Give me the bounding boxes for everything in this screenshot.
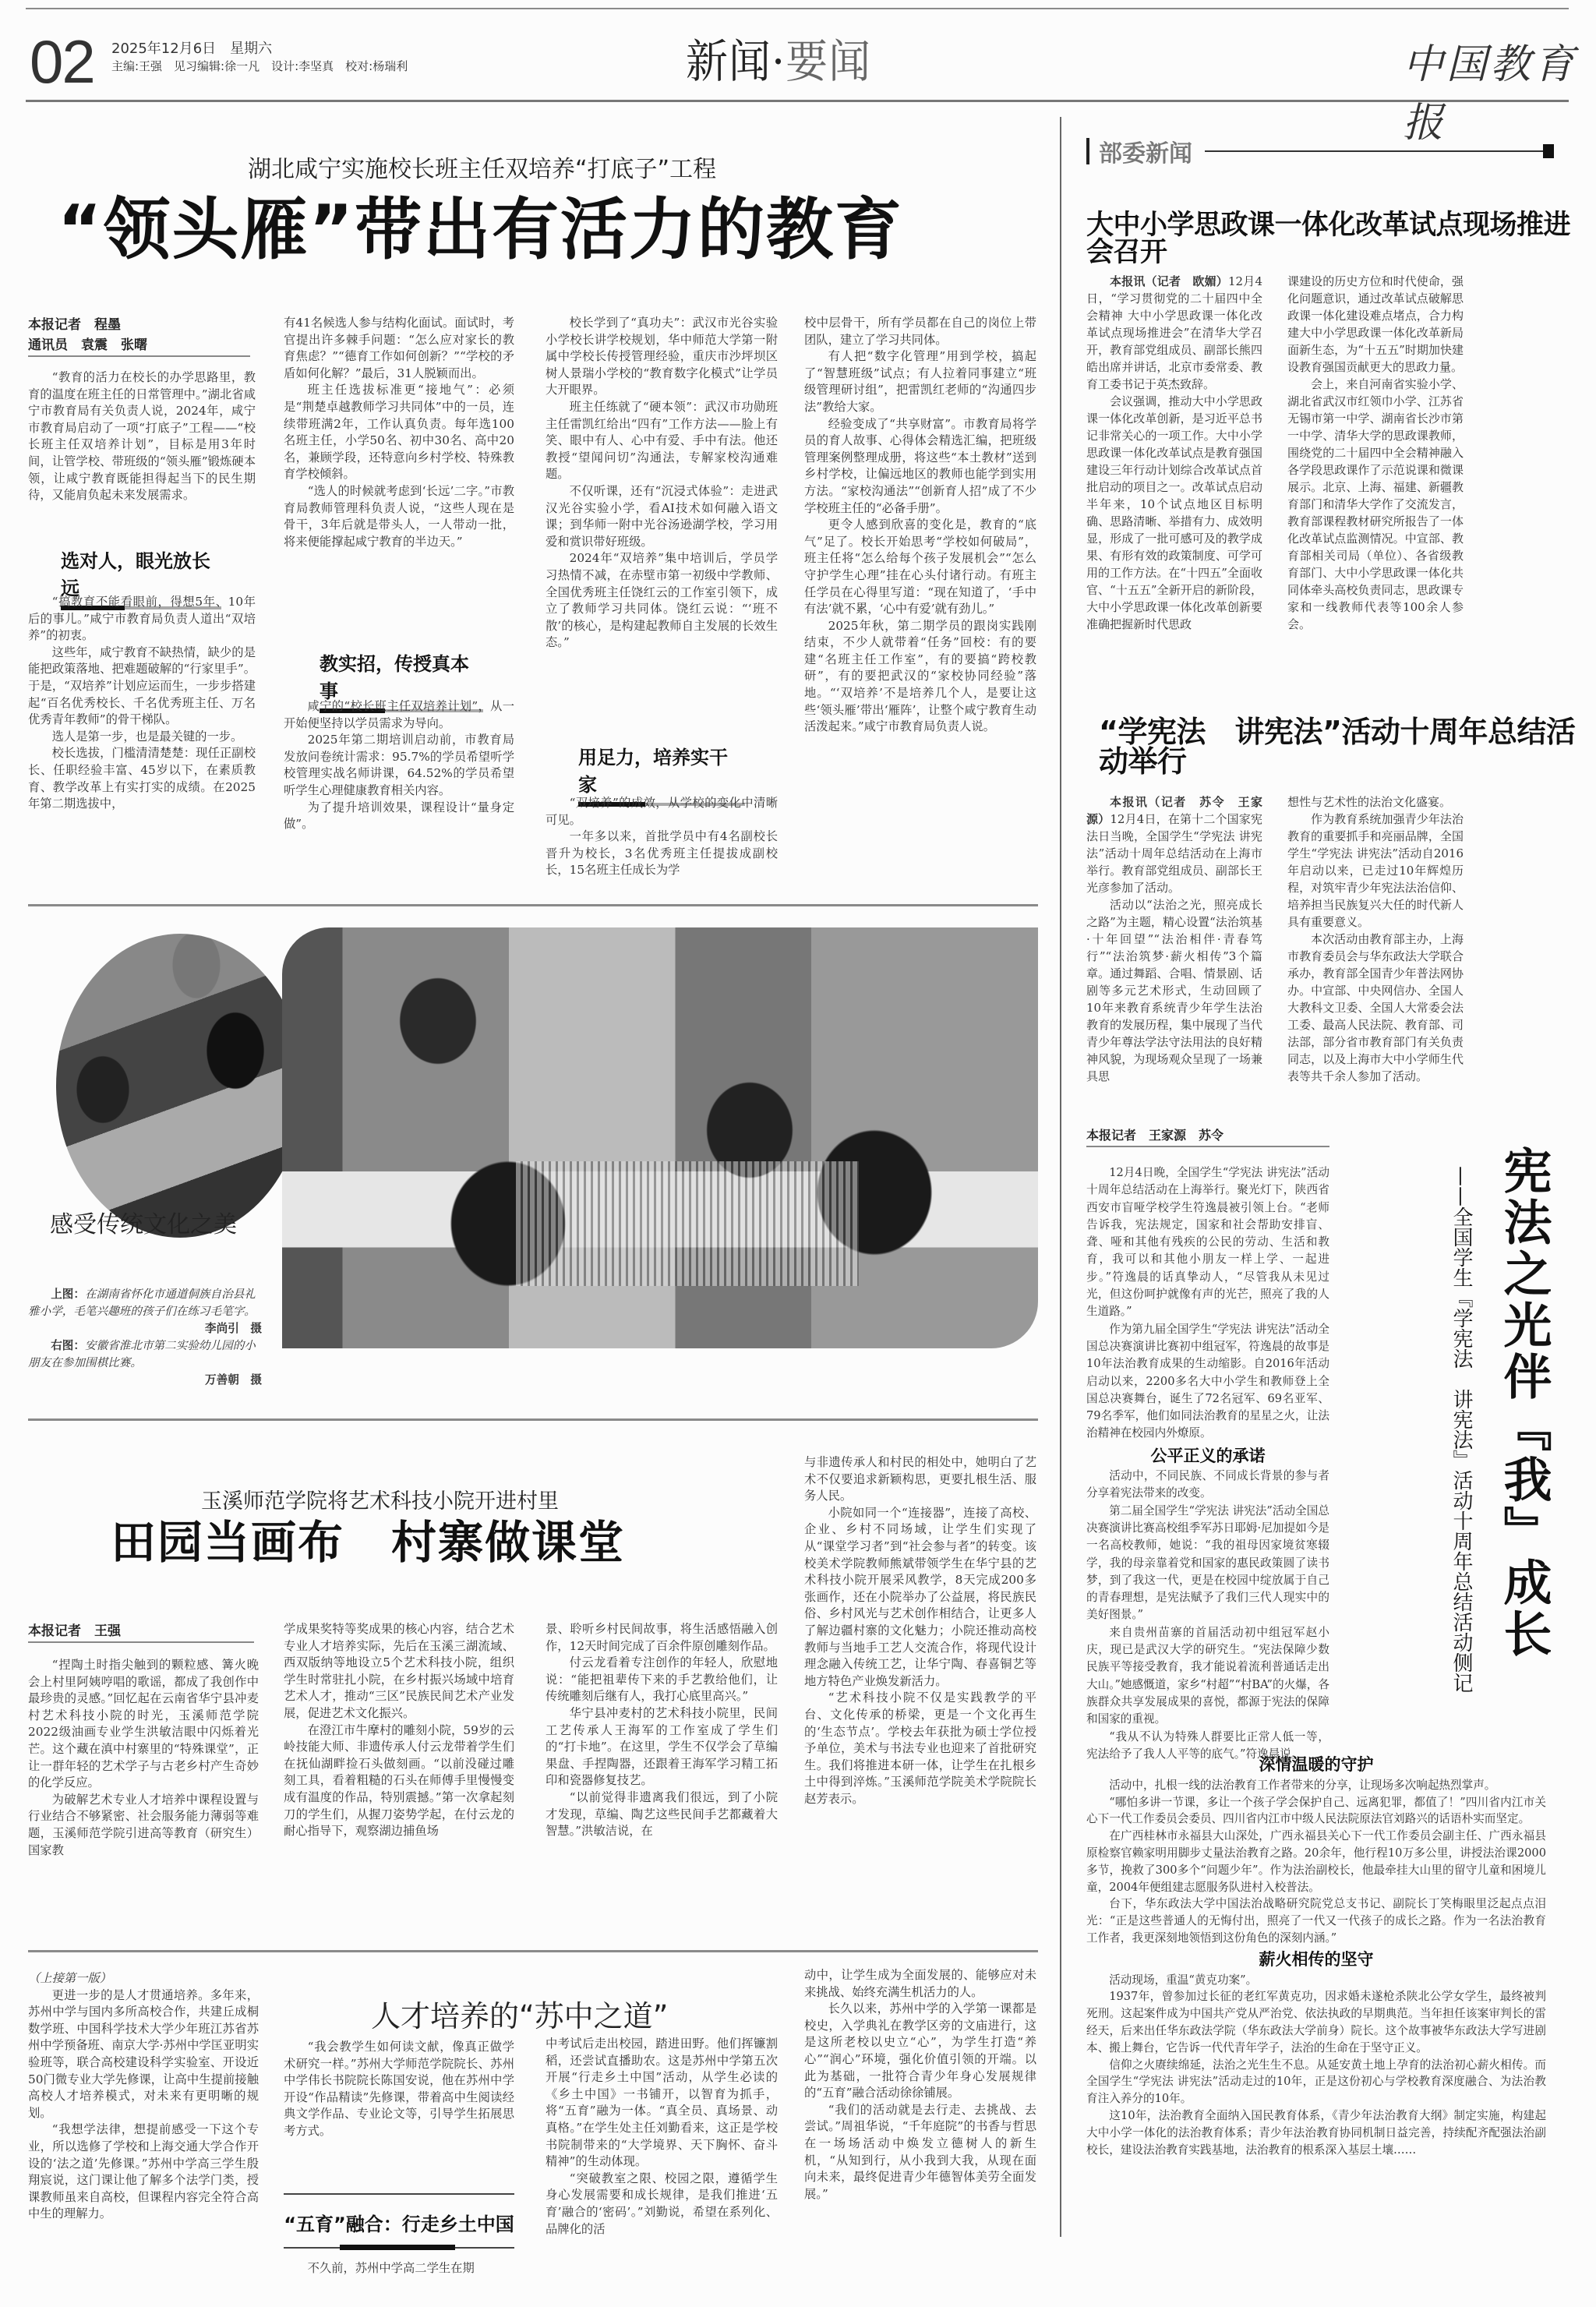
continued-note: （上接第一版） <box>28 1970 259 1987</box>
lead-paragraph: 有人把“数字化管理”用到学校，搞起了“智慧班级”试点；有人拉着同事建立“班级管理… <box>804 348 1036 415</box>
section-title-left: 新闻 <box>686 35 772 88</box>
suzhou-paragraph: 不久前，苏州中学高二学生在期 <box>284 2260 514 2277</box>
rail-article3-vertical-subtitle: ——全国学生『学宪法 讲宪法』活动十周年总结活动侧记 <box>1451 1166 1471 1693</box>
rural-paragraph: 为破解艺术专业人才培养中课程设置与行业结合不够紧密、社会服务能力薄弱等难题，玉溪… <box>28 1792 259 1859</box>
suzhou-paragraph: “我们的活动就是去行走、去挑战、去尝试。”周祖华说，“千年庭院”的书香与哲思在一… <box>804 2102 1036 2203</box>
lead-paragraph: 不仅听课，还有“沉浸式体验”：走进武汉光谷实验小学，看AI技术如何融入语文课；到… <box>546 483 778 550</box>
rural-paragraph: “捏陶土时指尖触到的颗粒感、篝火晚会上村里阿姨哼唱的歌谣，都成了我创作中最珍贵的… <box>28 1657 259 1792</box>
column-divider <box>1060 117 1061 2237</box>
lead-paragraph: 校长选拔，门槛清清楚楚：现任正副校长、任职经验丰富、45岁以下，在素质教育、教学… <box>28 745 256 812</box>
rail-line <box>1205 150 1543 152</box>
lead-col4: 校中层骨干，所有学员都在自己的岗位上带团队，建立了学习共同体。 有人把“数字化管… <box>804 315 1036 736</box>
suzhou-headline: 人才培养的“苏中之道” <box>371 1992 668 2035</box>
rail-paragraph: 12月4日，“学习贯彻党的二十届四中全会精神 大中小学思政课一体化改革试点现场推… <box>1086 274 1262 391</box>
section-title-right: 要闻 <box>786 35 871 88</box>
rail-article1-col1: 本报讯（记者 欧媚）12月4日，“学习贯彻党的二十届四中全会精神 大中小学思政课… <box>1086 273 1262 633</box>
masthead-rule <box>26 100 1569 102</box>
rural-paragraph: 华宁县冲麦村的艺术科技小院里，民间工艺传承人王海军的工作室成了学生们的“打卡地”… <box>546 1705 778 1789</box>
rail-accent-bar <box>1086 138 1089 164</box>
caption-top-credit: 李尚引 摄 <box>182 1320 262 1337</box>
rural-paragraph: 景、聆听乡村民间故事，将生活感悟融入创作，12天时间完成了百余件原创雕刻作品。 <box>546 1621 778 1655</box>
rail-section-header: 部委新闻 <box>1086 136 1554 167</box>
rail-paragraph: 会议强调，推动大中小学思政课一体化改革创新，是习近平总书记非常关心的一项工作。大… <box>1086 393 1262 633</box>
rail-paragraph: 活动以“法治之光，照亮成长之路”为主题，精心设置“法治筑基·十年回望”“法治相伴… <box>1086 896 1262 1085</box>
suzhou-col4: 动中，让学生成为全面发展的、能够应对未来挑战、始终充满生机活力的人。 长久以来，… <box>804 1967 1036 2203</box>
rail-paragraph: 活动中，不同民族、不同成长背景的参与者分享着宪法带来的改变。 <box>1086 1468 1329 1503</box>
rail-article1-lead: 本报讯（记者 欧媚） <box>1110 274 1228 288</box>
caption-right-credit: 万善朝 摄 <box>205 1373 262 1387</box>
suzhou-col3: 中考试后走出校园，踏进田野。他们挥镰割稻，还尝试直播助农。这是苏州中学第五次开展… <box>546 2036 778 2238</box>
lead-paragraph: 一年多以来，首批学员中有4名副校长晋升为校长，3名优秀班主任提拔成副校长，15名… <box>546 828 778 879</box>
lead-paragraph: “搞教育不能看眼前，得想5年、10年后的事儿。”咸宁市教育局负责人道出“双培养”… <box>28 594 256 645</box>
suzhou-paragraph: 动中，让学生成为全面发展的、能够应对未来挑战、始终充满生机活力的人。 <box>804 1967 1036 2001</box>
rural-headline: 田园当画布 村寨做课堂 <box>111 1520 625 1565</box>
lead-paragraph: 更令人感到欣喜的变化是，教育的“底气”足了。校长开始思考“学校如何破局”，班主任… <box>804 517 1036 618</box>
issue-date: 2025年12月6日 星期六 <box>111 37 272 58</box>
rail-paragraph: 课建设的历史方位和时代使命，强化问题意识，通过改革试点破解思政课一体化建设难点堵… <box>1287 273 1464 376</box>
rural-col2: 学成果奖特等奖成果的核心内容，结合艺术专业人才培养实际，先后在玉溪三湖流域、西双… <box>284 1621 514 1840</box>
suzhou-paragraph: 长久以来，苏州中学的入学第一课都是校史，入学典礼在教学区旁的文庙进行，这是这所老… <box>804 2001 1036 2102</box>
photo-caption: 上图：在湖南省怀化市通道侗族自治县礼雅小学，毛笔兴趣班的孩子们在练习毛笔字。 李… <box>28 1286 262 1389</box>
lead-byline-line2: 通讯员 袁震 张曙 <box>28 335 250 357</box>
rail-article3-subhead-2: 深情温暖的守护 <box>1086 1757 1546 1774</box>
section-title-dot: · <box>772 35 786 88</box>
rail-paragraph: 12月4日，在第十二个国家宪法日当晚，全国学生“学宪法 讲宪法”活动十周年总结活… <box>1086 812 1262 895</box>
page-number: 02 <box>30 31 94 92</box>
rail-article3-vertical-title: 宪法之光伴『我』成长 <box>1499 1146 1548 1660</box>
rail-article3-intro: 12月4日晚，全国学生“学宪法 讲宪法”活动十周年总结活动在上海举行。聚光灯下，… <box>1086 1164 1329 1763</box>
rail-paragraph: 台下，华东政法大学中国法治战略研究院党总支书记、副院长丁笑梅眼里泛起点点泪光：“… <box>1086 1895 1546 1946</box>
rural-col4: 与非遗传承人和村民的相处中，她明白了艺术不仅要追求新颖构思，更要扎根生活、服务人… <box>804 1454 1036 1807</box>
lead-byline-line1: 本报记者 程墨 <box>28 315 250 335</box>
rural-paragraph: “以前觉得非遗离我们很远，到了小院才发现，草编、陶艺这些民间手艺都藏着大智慧。”… <box>546 1789 778 1840</box>
caption-right-label: 右图： <box>51 1339 85 1352</box>
rural-paragraph: 在澄江市牛摩村的雕刻小院，59岁的云岭技能大师、非遗传承人付云龙带着学生们在抚仙… <box>284 1722 514 1840</box>
lead-paragraph: “选人的时候就考虑到‘长远’二字。”市教育局教师管理科负责人说，“这些人现在是骨… <box>284 483 514 550</box>
lead-kicker: 湖北咸宁实施校长班主任双培养“打底子”工程 <box>248 150 716 184</box>
lead-paragraph: 经验变成了“共享财富”。市教育局将学员的育人故事、心得体会精选汇编，把班级管理案… <box>804 416 1036 518</box>
lead-paragraph: 咸宁的“校长班主任双培养计划”，从一开始便坚持以学员需求为导向。 <box>284 698 514 732</box>
rail-article2-headline: “学宪法 讲宪法”活动十周年总结活动举行 <box>1099 717 1596 776</box>
rural-paragraph: 与非遗传承人和村民的相处中，她明白了艺术不仅要追求新颖构思，更要扎根生活、服务人… <box>804 1454 1036 1505</box>
rural-paragraph: “艺术科技小院不仅是实践教学的平台、文化传承的桥梁，更是一个文化再生的‘生态节点… <box>804 1690 1036 1807</box>
top-rule <box>26 8 1569 9</box>
rail-paragraph: 本次活动由教育部主办，上海市教育委员会与华东政法大学联合承办，教育部全国青少年普… <box>1287 931 1464 1085</box>
lead-paragraph: 2025年第二期培训启动前，市教育局发放问卷统计需求：95.7%的学员希望听学校… <box>284 732 514 799</box>
rail-paragraph: “哪怕多讲一节课，多让一个孩子学会保护自己、远离犯罪，都值了！”四川省内江市关心… <box>1086 1794 1546 1828</box>
lead-paragraph: 这些年，咸宁教育不缺热情，缺少的是能把政策落地、把难题破解的“行家里手”。于是，… <box>28 645 256 729</box>
section-rule <box>28 904 1038 906</box>
rural-col3: 景、聆听乡村民间故事，将生活感悟融入创作，12天时间完成了百余件原创雕刻作品。 … <box>546 1621 778 1840</box>
suzhou-paragraph: “突破教室之限、校园之限，遵循学生身心发展需要和成长规律，是我们推进‘五育’融合… <box>546 2171 778 2238</box>
lead-subhead-2-text: 教实招，传授真本事 <box>320 648 483 703</box>
rural-byline-text: 本报记者 王强 <box>28 1621 254 1643</box>
rail-paragraph: 活动中，扎根一线的法治教育工作者带来的分享，让现场多次响起热烈掌声。 <box>1086 1777 1546 1794</box>
rail-paragraph: 活动现场，重温“黄克功案”。 <box>1086 1972 1546 1989</box>
rail-paragraph: 作为教育系统加强青少年法治教育的重要抓手和亮丽品牌，全国学生“学宪法 讲宪法”活… <box>1287 811 1464 931</box>
rail-article3-body: 深情温暖的守护 活动中，扎根一线的法治教育工作者带来的分享，让现场多次响起热烈掌… <box>1086 1757 1546 2158</box>
rail-paragraph: 在广西桂林市永福县大山深处，广西永福县关心下一代工作委员会副主任、广西永福县原检… <box>1086 1828 1546 1895</box>
lead-paragraph: 选人是第一步，也是最关键的一步。 <box>28 729 256 746</box>
lead-paragraph: 校长学到了“真功夫”：武汉市光谷实验小学校长讲学校规划，华中师范大学第一附属中学… <box>546 315 778 399</box>
rail-paragraph: 1937年，曾参加过长征的老红军黄克功，因求婚未遂枪杀陕北公学女学生，最终被判死… <box>1086 1988 1546 2056</box>
rural-kicker: 玉溪师范学院将艺术科技小院开进村里 <box>201 1484 559 1514</box>
lead-paragraph: 班主任选拔标准更“接地气”：必须是“荆楚卓越教师学习共同体”中的一员，连续带班满… <box>284 382 514 483</box>
suzhou-col1: （上接第一版） 更进一步的是人才贯通培养。多年来，苏州中学与国内多所高校合作，共… <box>28 1970 259 2223</box>
suzhou-subhead-text: “五育”融合：行走乡土中国 <box>284 2193 514 2236</box>
rail-article3-byline-text: 本报记者 王家源 苏令 <box>1086 1125 1329 1147</box>
rail-article2-col2: 想性与艺术性的法治文化盛宴。 作为教育系统加强青少年法治教育的重要抓手和亮丽品牌… <box>1287 793 1464 1085</box>
rail-paragraph: 12月4日晚，全国学生“学宪法 讲宪法”活动十周年总结活动在上海举行。聚光灯下，… <box>1086 1164 1329 1321</box>
lead-paragraph: 2025年秋，第二期学员的跟岗实践刚结束，不少人就带着“任务”回校：有的要建“名… <box>804 618 1036 736</box>
lead-col3: 校长学到了“真功夫”：武汉市光谷实验小学校长讲学校规划，华中师范大学第一附属中学… <box>546 315 778 652</box>
lead-headline: “领头雁”带出有活力的教育 <box>58 196 903 263</box>
staff-credits: 主编:王强 见习编辑:徐一凡 设计:李坚真 校对:杨瑞利 <box>111 58 408 74</box>
suzhou-subhead: “五育”融合：行走乡土中国 <box>284 2193 514 2249</box>
suzhou-paragraph: 更进一步的是人才贯通培养。多年来，苏州中学与国内多所高校合作，共建丘成桐数学班、… <box>28 1987 259 2122</box>
rail-paragraph: 第二届全国学生“学宪法 讲宪法”活动全国总决赛演讲比赛高校组季军苏日耶姆·尼加提… <box>1086 1503 1329 1624</box>
suzhou-paragraph: “我会教学生如何读文献，像真正做学术研究一样。”苏州大学师范学院院长、苏州中学伟… <box>284 2039 514 2140</box>
rural-col1: “捏陶土时指尖触到的颗粒感、篝火晚会上村里阿姨哼唱的歌谣，都成了我创作中最珍贵的… <box>28 1657 259 1859</box>
rural-byline: 本报记者 王强 <box>28 1621 254 1643</box>
photo-go-competition <box>282 927 1038 1348</box>
lead-col3b: “双培养”的成效，从学校的变化中清晰可见。 一年多以来，首批学员中有4名副校长晋… <box>546 795 778 879</box>
rural-paragraph: 付云龙看着专注创作的年轻人，欣慰地说：“能把祖辈传下来的手艺教给他们，让传统雕刻… <box>546 1655 778 1705</box>
lead-paragraph: 2024年“双培养”集中培训后，学员学习热情不减，在赤壁市第一初级中学教师、全国… <box>546 550 778 652</box>
lead-paragraph: 有41名候选人参与结构化面试。面试时，考官提出许多棘手问题：“怎么应对家长的教育… <box>284 315 514 382</box>
rail-paragraph: 这10年，法治教育全面纳入国民教育体系，《青少年法治教育大纲》制定实施，构建起大… <box>1086 2107 1546 2158</box>
rail-article3-subhead-3: 薪火相传的坚守 <box>1086 1952 1546 1969</box>
rail-section-label: 部委新闻 <box>1099 134 1192 168</box>
suzhou-col2b: 不久前，苏州中学高二学生在期 <box>284 2260 514 2277</box>
caption-top-label: 上图： <box>51 1288 85 1301</box>
rail-article2-col1: 本报讯（记者 苏令 王家源）12月4日，在第十二个国家宪法日当晚，全国学生“学宪… <box>1086 793 1262 1085</box>
rural-paragraph: 学成果奖特等奖成果的核心内容，结合艺术专业人才培养实际，先后在玉溪三湖流域、西双… <box>284 1621 514 1722</box>
suzhou-col2: “我会教学生如何读文献，像真正做学术研究一样。”苏州大学师范学院院长、苏州中学伟… <box>284 2039 514 2140</box>
lead-subhead-1-text: 选对人，眼光放长远 <box>61 546 221 600</box>
lead-col1b: “搞教育不能看眼前，得想5年、10年后的事儿。”咸宁市教育局负责人道出“双培养”… <box>28 594 256 813</box>
lead-paragraph: “教育的活力在校长的办学思路里，教育的温度在班主任的日常管理中。”湖北省咸宁市教… <box>28 369 256 504</box>
lead-subhead-3-text: 用足力，培养实干家 <box>578 742 745 797</box>
lead-col1: “教育的活力在校长的办学思路里，教育的温度在班主任的日常管理中。”湖北省咸宁市教… <box>28 369 256 504</box>
paper-logo: 中国教育报 <box>1403 31 1596 148</box>
lead-paragraph: 班主任练就了“硬本领”：武汉市功勋班主任雷凯红给出“四有”工作方法——脸上有笑、… <box>546 399 778 483</box>
suzhou-paragraph: “我想学法律，想提前感受一下这个专业，所以选修了学校和上海交通大学合作开设的‘法… <box>28 2122 259 2223</box>
section-rule <box>28 1950 1038 1952</box>
section-title: 新闻·要闻 <box>686 26 871 90</box>
photo-feature-title: 感受传统文化之美 <box>50 1205 237 1239</box>
rail-article1-headline: 大中小学思政课一体化改革试点现场推进会召开 <box>1086 212 1596 267</box>
rail-article3-byline: 本报记者 王家源 苏令 <box>1086 1125 1329 1147</box>
lead-col2: 有41名候选人参与结构化面试。面试时，考官提出许多棘手问题：“怎么应对家长的教育… <box>284 315 514 550</box>
lead-col2b: 咸宁的“校长班主任双培养计划”，从一开始便坚持以学员需求为导向。 2025年第二… <box>284 698 514 833</box>
lead-paragraph: 校中层骨干，所有学员都在自己的岗位上带团队，建立了学习共同体。 <box>804 315 1036 348</box>
rail-article3-subhead-1: 公平正义的承诺 <box>1086 1447 1329 1464</box>
rail-paragraph: 作为第九届全国学生“学宪法 讲宪法”活动全国总决赛演讲比赛初中组冠军，符逸晨的故… <box>1086 1321 1329 1443</box>
rail-article1-col2: 课建设的历史方位和时代使命，强化问题意识，通过改革试点破解思政课一体化建设难点堵… <box>1287 273 1464 633</box>
rural-paragraph: 小院如同一个“连接器”，连接了高校、企业、乡村不同场域，让学生们实现了从“课堂学… <box>804 1505 1036 1691</box>
subhead-underline <box>284 2247 514 2249</box>
suzhou-paragraph: 中考试后走出校园，踏进田野。他们挥镰割稻，还尝试直播助农。这是苏州中学第五次开展… <box>546 2036 778 2171</box>
rail-paragraph: 来自贵州苗寨的首届活动初中组冠军赵小庆，现已是武汉大学的研究生。“宪法保障少数民… <box>1086 1624 1329 1729</box>
section-rule <box>28 1418 1038 1421</box>
lead-paragraph: 为了提升培训效果，课程设计“量身定做”。 <box>284 800 514 833</box>
rail-end-square <box>1543 144 1554 158</box>
rail-paragraph: 会上，来自河南省实验小学、湖北省武汉市红领巾小学、江苏省无锡市第一中学、湖南省长… <box>1287 376 1464 633</box>
photo-calligraphy-class <box>56 934 304 1238</box>
rail-paragraph: 信仰之火赓续绵延，法治之光生生不息。从延安黄土地上孕育的法治初心薪火相传。而全国… <box>1086 2057 1546 2107</box>
rail-paragraph: 想性与艺术性的法治文化盛宴。 <box>1287 793 1464 811</box>
lead-byline: 本报记者 程墨 通讯员 袁震 张曙 <box>28 315 250 357</box>
lead-paragraph: “双培养”的成效，从学校的变化中清晰可见。 <box>546 795 778 828</box>
